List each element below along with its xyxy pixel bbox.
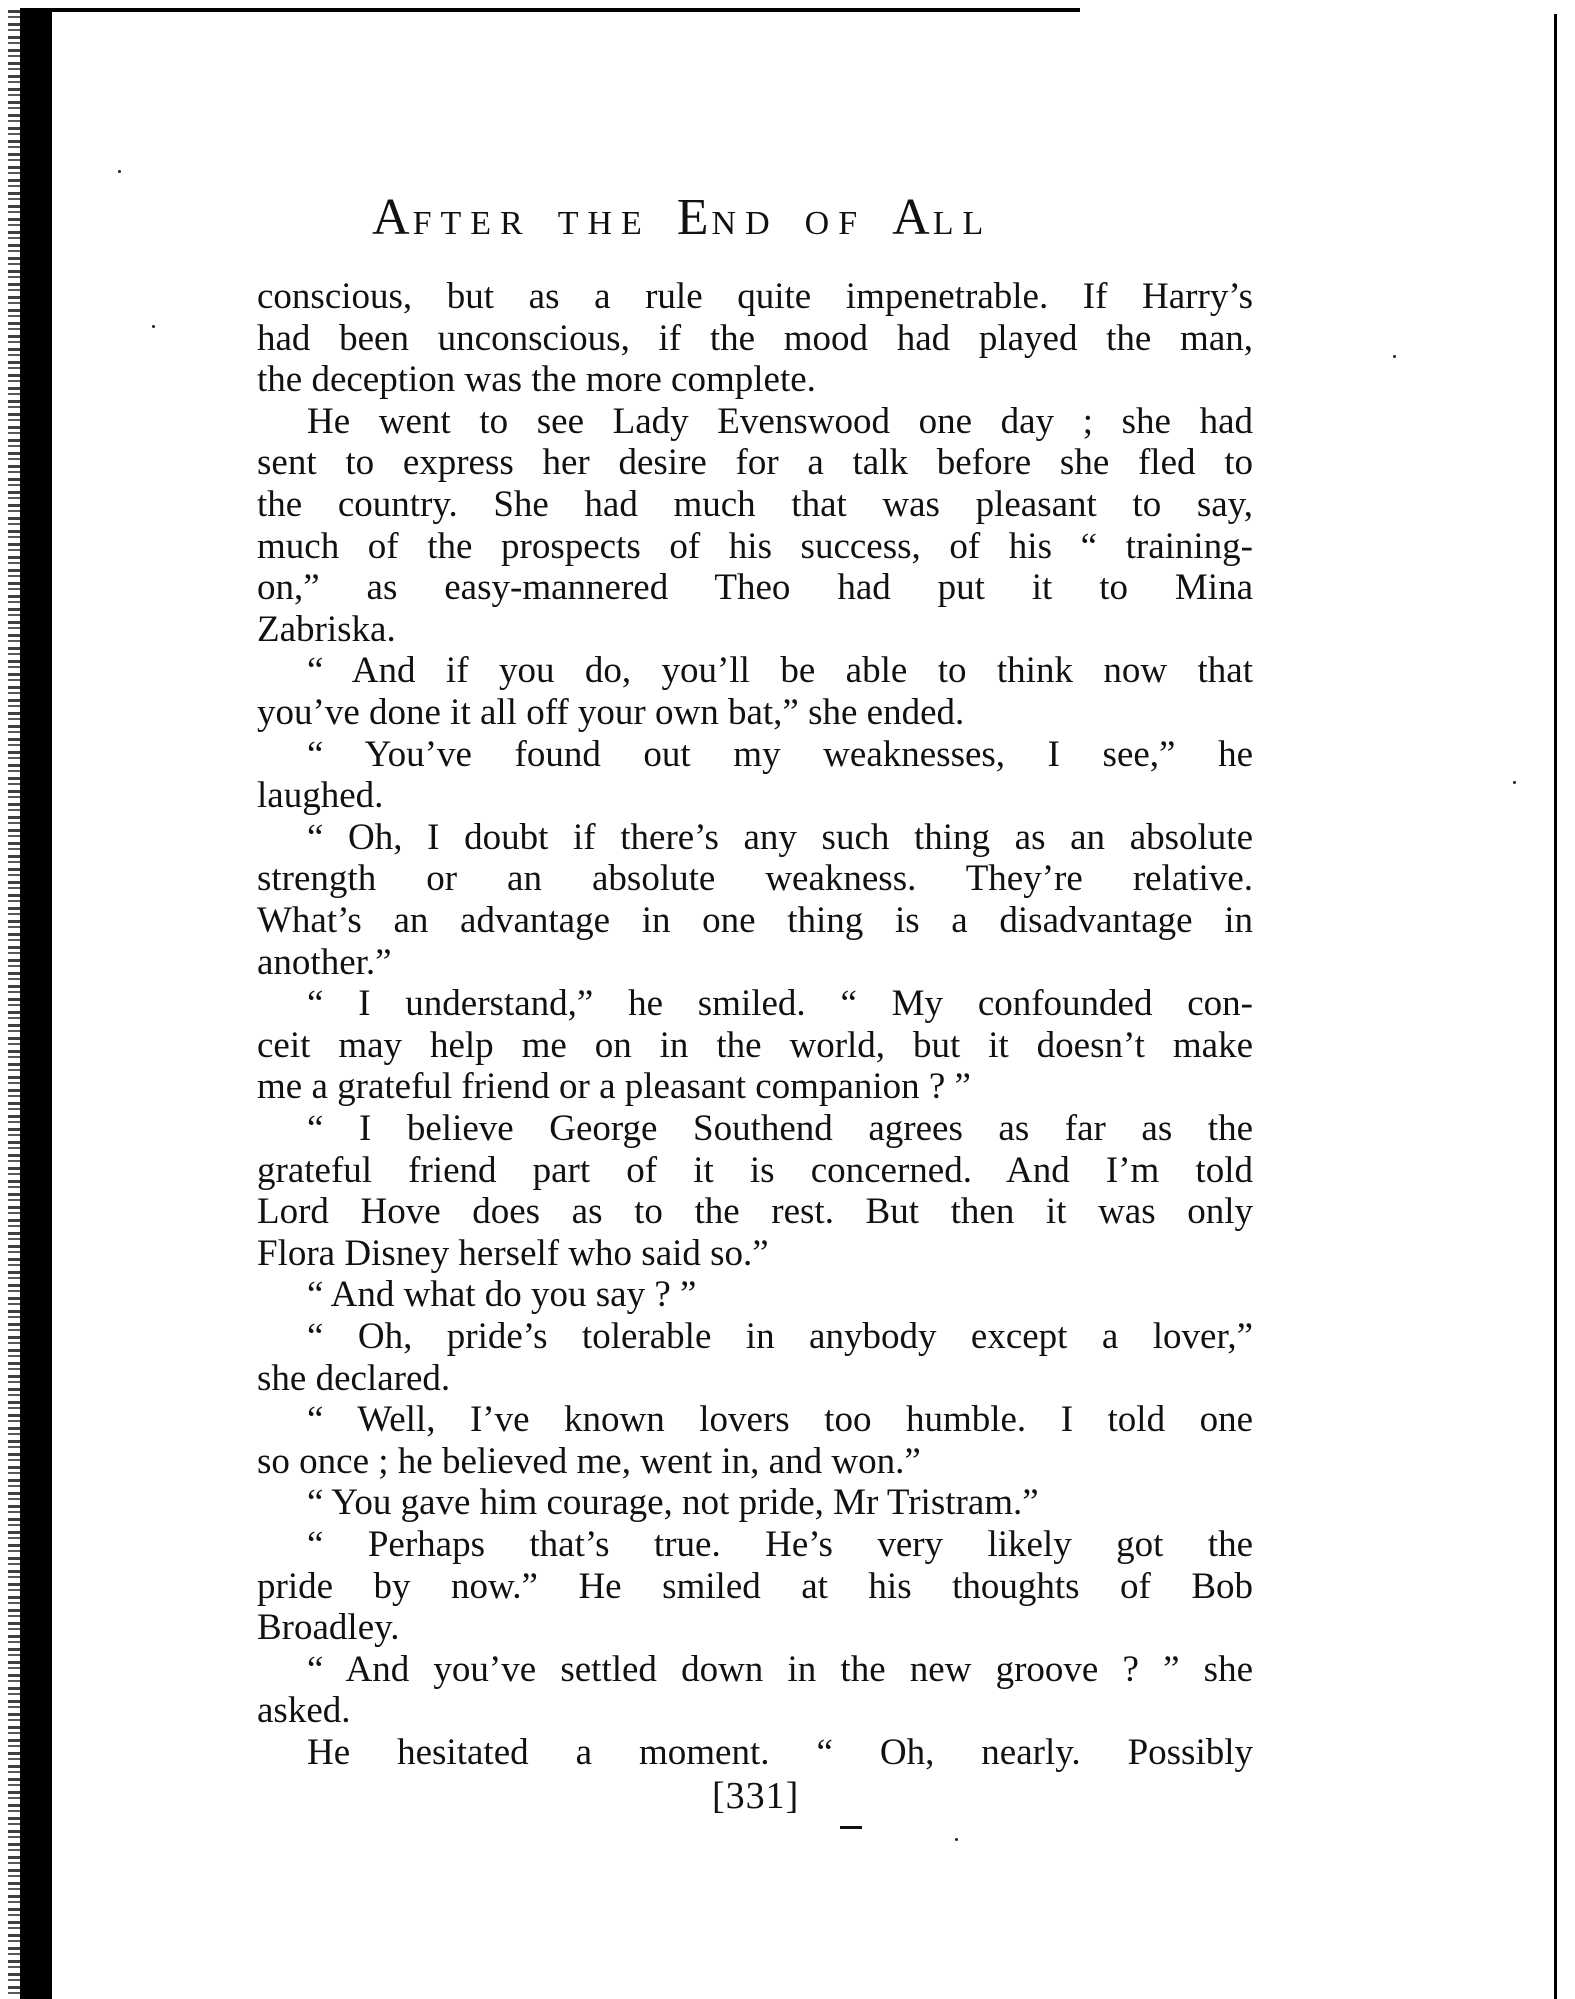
running-head-word: OF: [805, 202, 866, 242]
scanned-book-page: AFTERTHEENDOFALL conscious, but as a rul…: [0, 0, 1575, 1999]
running-head: AFTERTHEENDOFALL: [372, 188, 1152, 247]
text-line: “ Oh, I doubt if there’s any such thing …: [257, 817, 1253, 859]
folio-mark: [840, 1826, 862, 1829]
text-line: He hesitated a moment. “ Oh, nearly. Pos…: [257, 1732, 1253, 1774]
text-line: the country. She had much that was pleas…: [257, 484, 1253, 526]
right-page-edge: [1554, 14, 1557, 1999]
running-head-word: THE: [558, 202, 651, 242]
running-head-word: END: [677, 202, 779, 242]
text-line: ceit may help me on in the world, but it…: [257, 1025, 1253, 1067]
book-spine-edge: [20, 10, 52, 1999]
text-line: “ You gave him courage, not pride, Mr Tr…: [257, 1482, 1253, 1524]
text-line: pride by now.” He smiled at his thoughts…: [257, 1566, 1253, 1608]
text-line: “ I believe George Southend agrees as fa…: [257, 1108, 1253, 1150]
text-line: “ And if you do, you’ll be able to think…: [257, 650, 1253, 692]
scan-speck: [955, 1838, 958, 1841]
text-line: “ And what do you say ? ”: [257, 1274, 1253, 1316]
scan-speck: [1393, 355, 1396, 358]
text-line: another.”: [257, 942, 1253, 984]
text-line: What’s an advantage in one thing is a di…: [257, 900, 1253, 942]
text-line: Broadley.: [257, 1607, 1253, 1649]
text-line: “ You’ve found out my weaknesses, I see,…: [257, 734, 1253, 776]
text-line: so once ; he believed me, went in, and w…: [257, 1441, 1253, 1483]
text-line: you’ve done it all off your own bat,” sh…: [257, 692, 1253, 734]
text-line: Zabriska.: [257, 609, 1253, 651]
scan-speck: [118, 170, 121, 173]
text-line: she declared.: [257, 1358, 1253, 1400]
text-line: grateful friend part of it is concerned.…: [257, 1150, 1253, 1192]
text-line: Flora Disney herself who said so.”: [257, 1233, 1253, 1275]
text-line: “ Well, I’ve known lovers too humble. I …: [257, 1399, 1253, 1441]
scan-speck: [1513, 781, 1516, 784]
text-line: much of the prospects of his success, of…: [257, 526, 1253, 568]
text-line: the deception was the more complete.: [257, 359, 1253, 401]
text-line: “ Oh, pride’s tolerable in anybody excep…: [257, 1316, 1253, 1358]
text-line: “ Perhaps that’s true. He’s very likely …: [257, 1524, 1253, 1566]
text-line: sent to express her desire for a talk be…: [257, 442, 1253, 484]
page-number: [331]: [712, 1774, 799, 1818]
text-line: “ I understand,” he smiled. “ My confoun…: [257, 983, 1253, 1025]
text-line: had been unconscious, if the mood had pl…: [257, 318, 1253, 360]
text-line: He went to see Lady Evenswood one day ; …: [257, 401, 1253, 443]
scan-speck: [152, 325, 155, 328]
text-line: “ And you’ve settled down in the new gro…: [257, 1649, 1253, 1691]
text-line: on,” as easy-mannered Theo had put it to…: [257, 567, 1253, 609]
text-line: conscious, but as a rule quite impenetra…: [257, 276, 1253, 318]
text-line: asked.: [257, 1690, 1253, 1732]
running-head-word: AFTER: [372, 202, 532, 242]
top-page-edge: [20, 8, 1080, 15]
running-head-word: ALL: [892, 202, 992, 242]
text-line: laughed.: [257, 775, 1253, 817]
text-line: Lord Hove does as to the rest. But then …: [257, 1191, 1253, 1233]
text-line: me a grateful friend or a pleasant compa…: [257, 1066, 1253, 1108]
text-line: strength or an absolute weakness. They’r…: [257, 858, 1253, 900]
